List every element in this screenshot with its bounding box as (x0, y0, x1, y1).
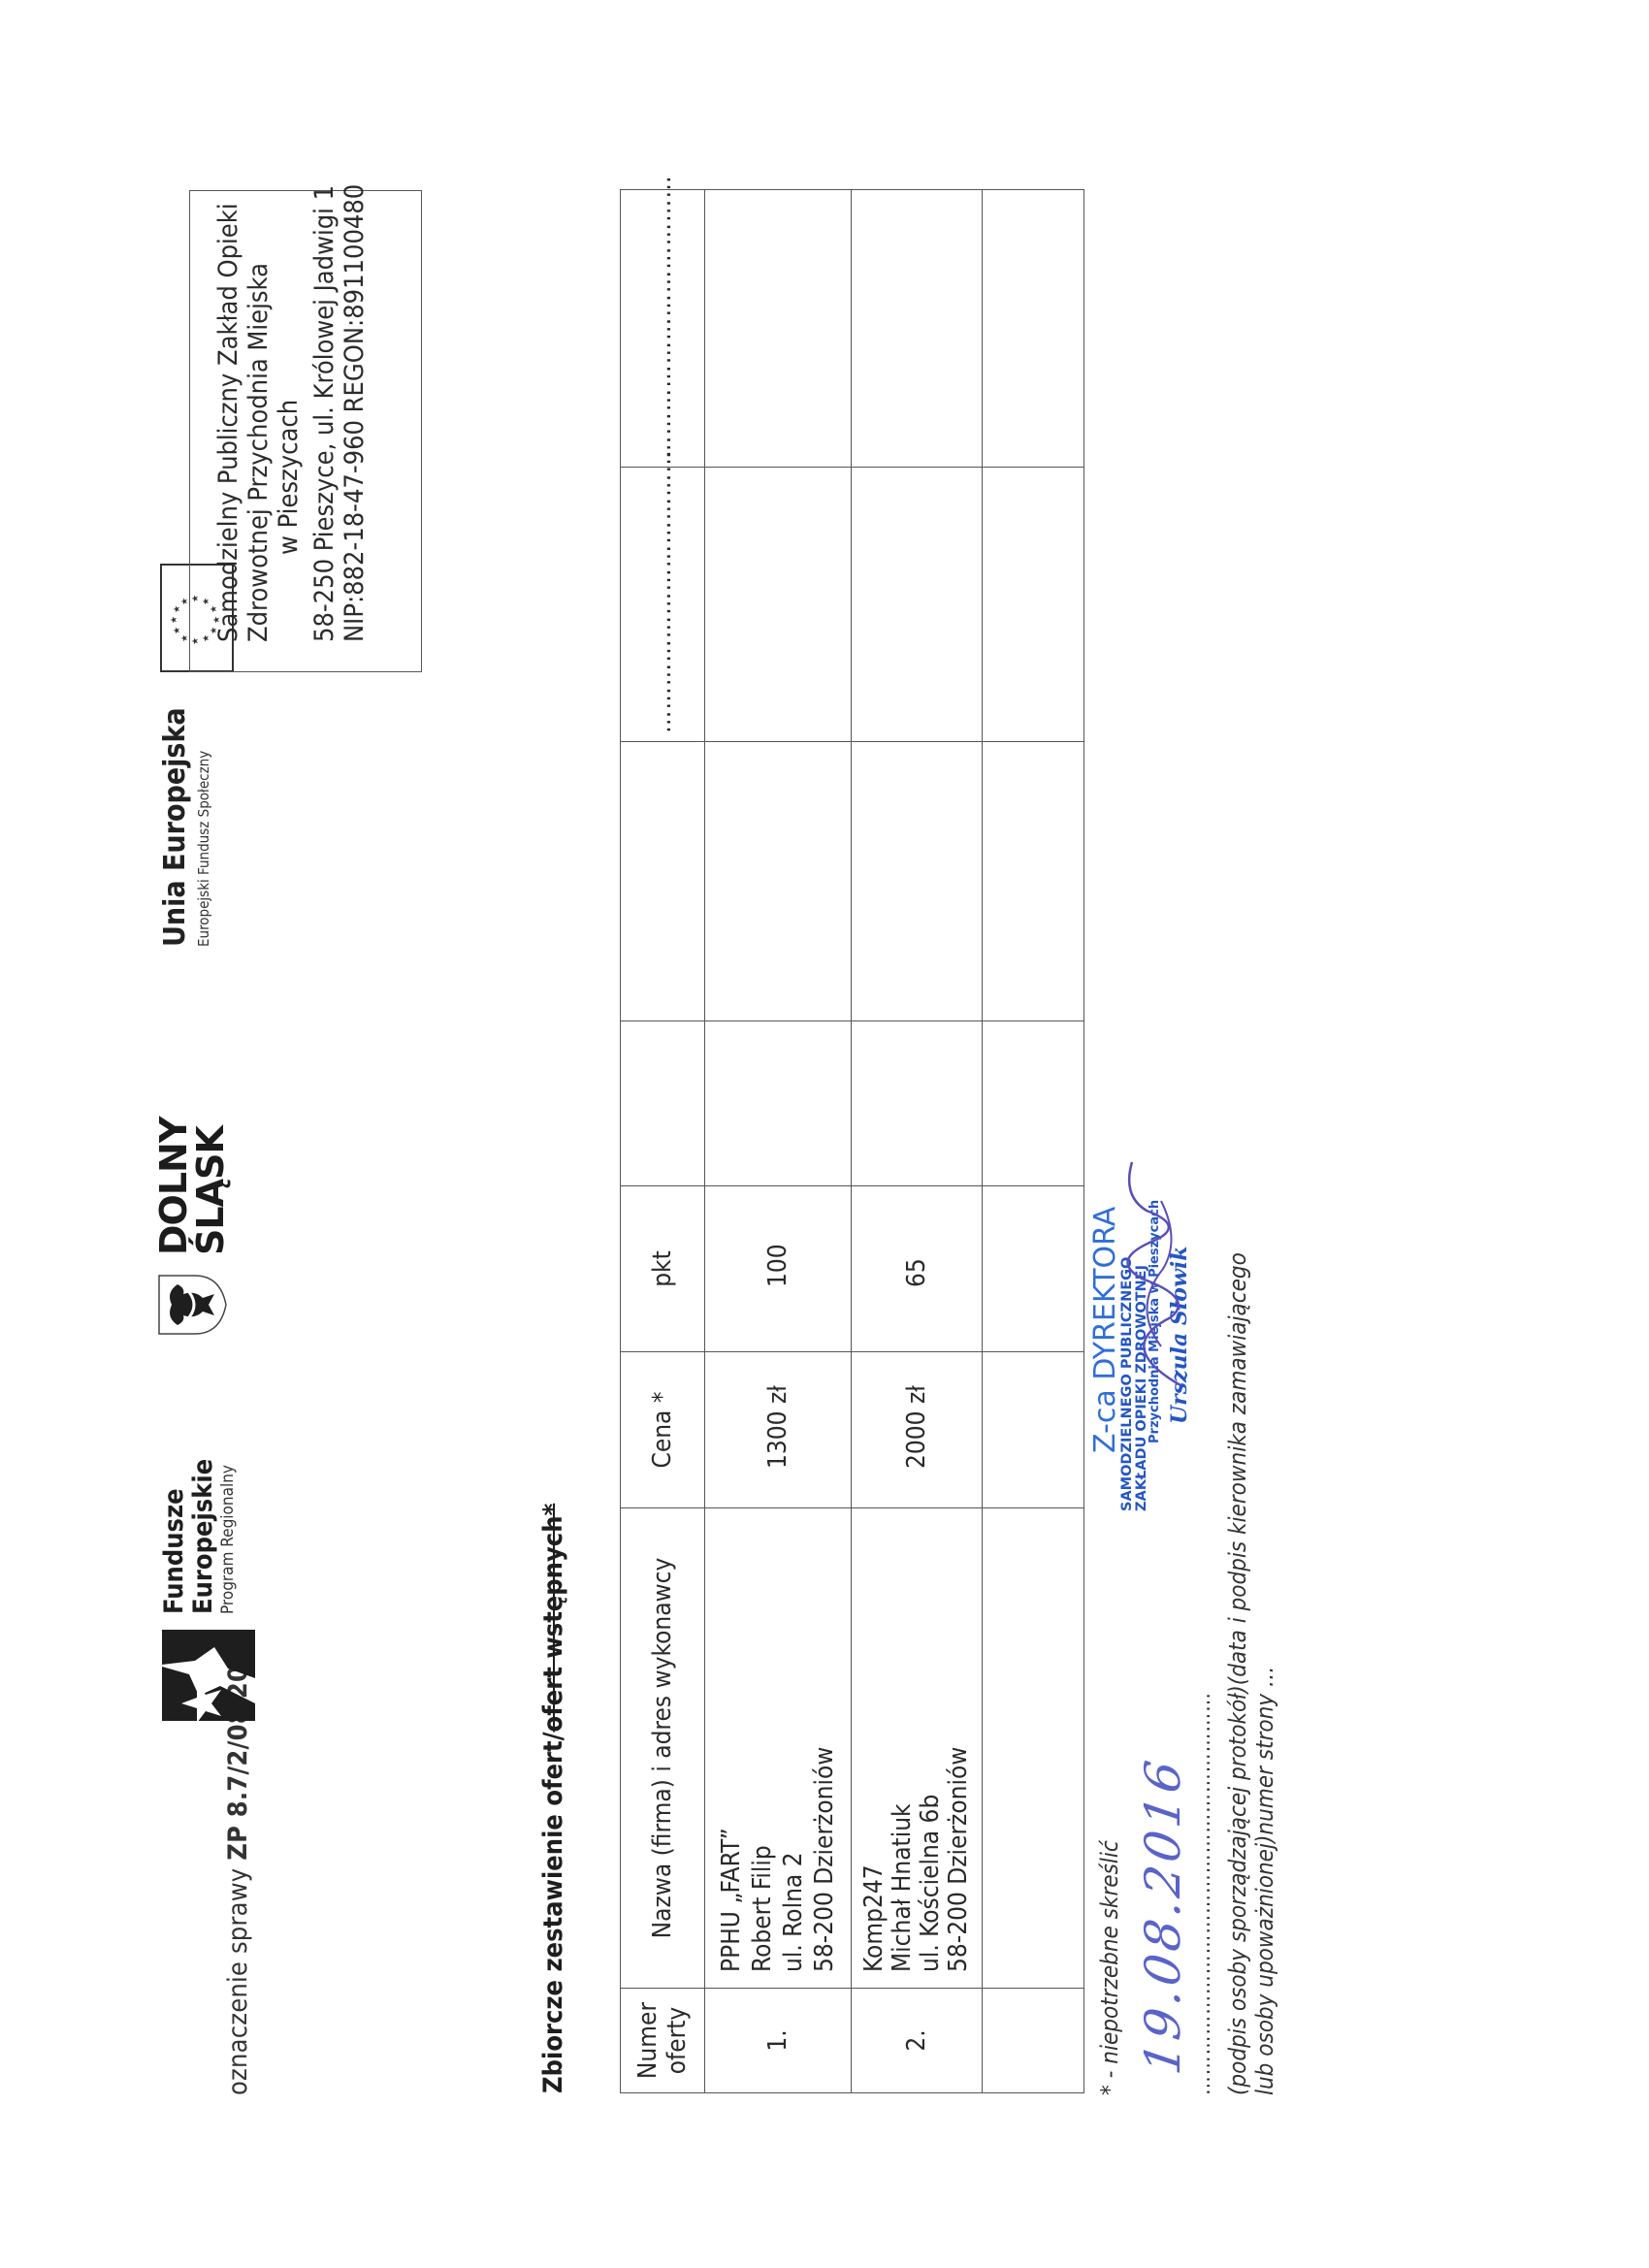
offers-table: Numeroferty Nazwa (firma) i adres wykona… (620, 189, 1084, 2093)
empty-cell (705, 468, 852, 742)
svg-text:★: ★ (173, 627, 182, 634)
contracting-authority-address: Samodzielny Publiczny Zakład Opieki Zdro… (189, 190, 422, 672)
empty-cell (983, 1021, 1084, 1186)
address-line-5: NIP:882-18-47-960 REGON:891100480 (339, 201, 370, 642)
title-main: Zbiorcze zestawienie ofert/ (538, 1732, 568, 2093)
offer-points (983, 1186, 1084, 1352)
firm-line: ul. Rolna 2 (778, 1524, 809, 1972)
firm-line: 58-200 Dzierżoniów (809, 1524, 840, 1972)
signature-caption: (podpis osoby sporządzającej protokół)(d… (1224, 1252, 1278, 2095)
offer-points: 100 (705, 1186, 852, 1352)
firm-line: ul. Kościelna 6b (917, 1524, 945, 1972)
firm-line: Michał Hnatiuk (889, 1524, 917, 1972)
page-title: Zbiorcze zestawienie ofert/ofert wstępny… (538, 1504, 568, 2093)
ds-line1: DOLNY (155, 1118, 192, 1255)
firm-line: Komp247 (860, 1524, 889, 1972)
offer-number (983, 1989, 1084, 2093)
offer-points: 65 (852, 1186, 983, 1352)
fe-title-line2: Europejskie (189, 1459, 218, 1614)
empty-cell (983, 468, 1084, 742)
header-number-line1: Numer (633, 1996, 663, 2085)
caption-line-1: (podpis osoby sporządzającej protokół)(d… (1224, 1252, 1251, 2095)
contractor-name-address: PPHU „FART” Robert Filip ul. Rolna 2 58-… (705, 1508, 852, 1989)
svg-text:★: ★ (173, 605, 182, 613)
header-dotted-2: ……………………………… (621, 190, 705, 468)
ds-line2: ŚLĄSK (192, 1118, 229, 1255)
eagle-crest-icon (156, 1273, 228, 1337)
address-line-3: w Pieszycach (274, 201, 304, 642)
offer-price: 1300 zł (705, 1352, 852, 1508)
case-ref-label: oznaczenie sprawy (223, 1861, 253, 2095)
header-blank-1 (621, 1021, 705, 1186)
dolny-slask-logo: DOLNY ŚLĄSK (155, 1118, 229, 1337)
empty-cell (852, 468, 983, 742)
empty-cell (983, 190, 1084, 468)
address-line-4: 58-250 Pieszyce, ul. Królowej Jadwigi 1 (309, 201, 339, 642)
table-header-row: Numeroferty Nazwa (firma) i adres wykona… (621, 190, 705, 2093)
fundusze-star-icon (160, 1628, 257, 1725)
firm-line: PPHU „FART” (716, 1524, 747, 1972)
table-row (983, 190, 1084, 2093)
signature-line: …………………………………………………… (1191, 1692, 1215, 2095)
handwritten-signature-icon (1103, 1152, 1200, 1405)
svg-text:★: ★ (170, 616, 179, 624)
header-contractor-name: Nazwa (firma) i adres wykonawcy (621, 1508, 705, 1989)
address-line-2: Zdrowotnej Przychodnia Miejska (243, 201, 274, 642)
empty-cell (852, 190, 983, 468)
empty-cell (983, 742, 1084, 1021)
caption-line-2: lub osoby upoważnionej)numer strony … (1251, 1252, 1278, 2095)
header-dotted-1: ……………………………… (621, 468, 705, 742)
header-blank-2 (621, 742, 705, 1021)
header-points: pkt (621, 1186, 705, 1352)
header-offer-number: Numeroferty (621, 1989, 705, 2093)
offer-number: 1. (705, 1989, 852, 2093)
title-asterisk: * (538, 1504, 568, 1516)
footnote: * - niepotrzebne skreślić (1096, 1840, 1123, 2095)
contractor-name-address (983, 1508, 1084, 1989)
empty-cell (852, 1021, 983, 1186)
offer-price (983, 1352, 1084, 1508)
empty-cell (852, 742, 983, 1021)
table-row: 1. PPHU „FART” Robert Filip ul. Rolna 2 … (705, 190, 852, 2093)
table-row: 2. Komp247 Michał Hnatiuk ul. Kościelna … (852, 190, 983, 2093)
empty-cell (705, 190, 852, 468)
contractor-name-address: Komp247 Michał Hnatiuk ul. Kościelna 6b … (852, 1508, 983, 1989)
fe-subtitle: Program Regionalny (220, 1459, 237, 1614)
empty-cell (705, 1021, 852, 1186)
director-stamp: Z-ca DYREKTORA SAMODZIELNEGO PUBLICZNEGO… (1091, 1200, 1190, 1511)
header-price: Cena * (621, 1352, 705, 1508)
ue-title: Unia Europejska (160, 707, 191, 947)
handwritten-date: 19.08.2016 (1135, 1754, 1191, 2078)
title-struck-option: ofert wstępnych (538, 1515, 568, 1732)
fe-title-line1: Fundusze (160, 1459, 189, 1614)
document-page: oznaczenie sprawy ZP 8.7/2/08/2016 Fundu… (0, 0, 1649, 2268)
header-number-line2: oferty (663, 1996, 692, 2085)
ue-subtitle: Europejski Fundusz Społeczny (195, 707, 212, 947)
address-line-1: Samodzielny Publiczny Zakład Opieki (213, 201, 243, 642)
fundusze-europejskie-logo: Fundusze Europejskie Program Regionalny (160, 1459, 257, 1725)
empty-cell (705, 742, 852, 1021)
offer-number: 2. (852, 1989, 983, 2093)
firm-line: 58-200 Dzierżoniów (945, 1524, 973, 1972)
offer-price: 2000 zł (852, 1352, 983, 1508)
firm-line: Robert Filip (747, 1524, 778, 1972)
